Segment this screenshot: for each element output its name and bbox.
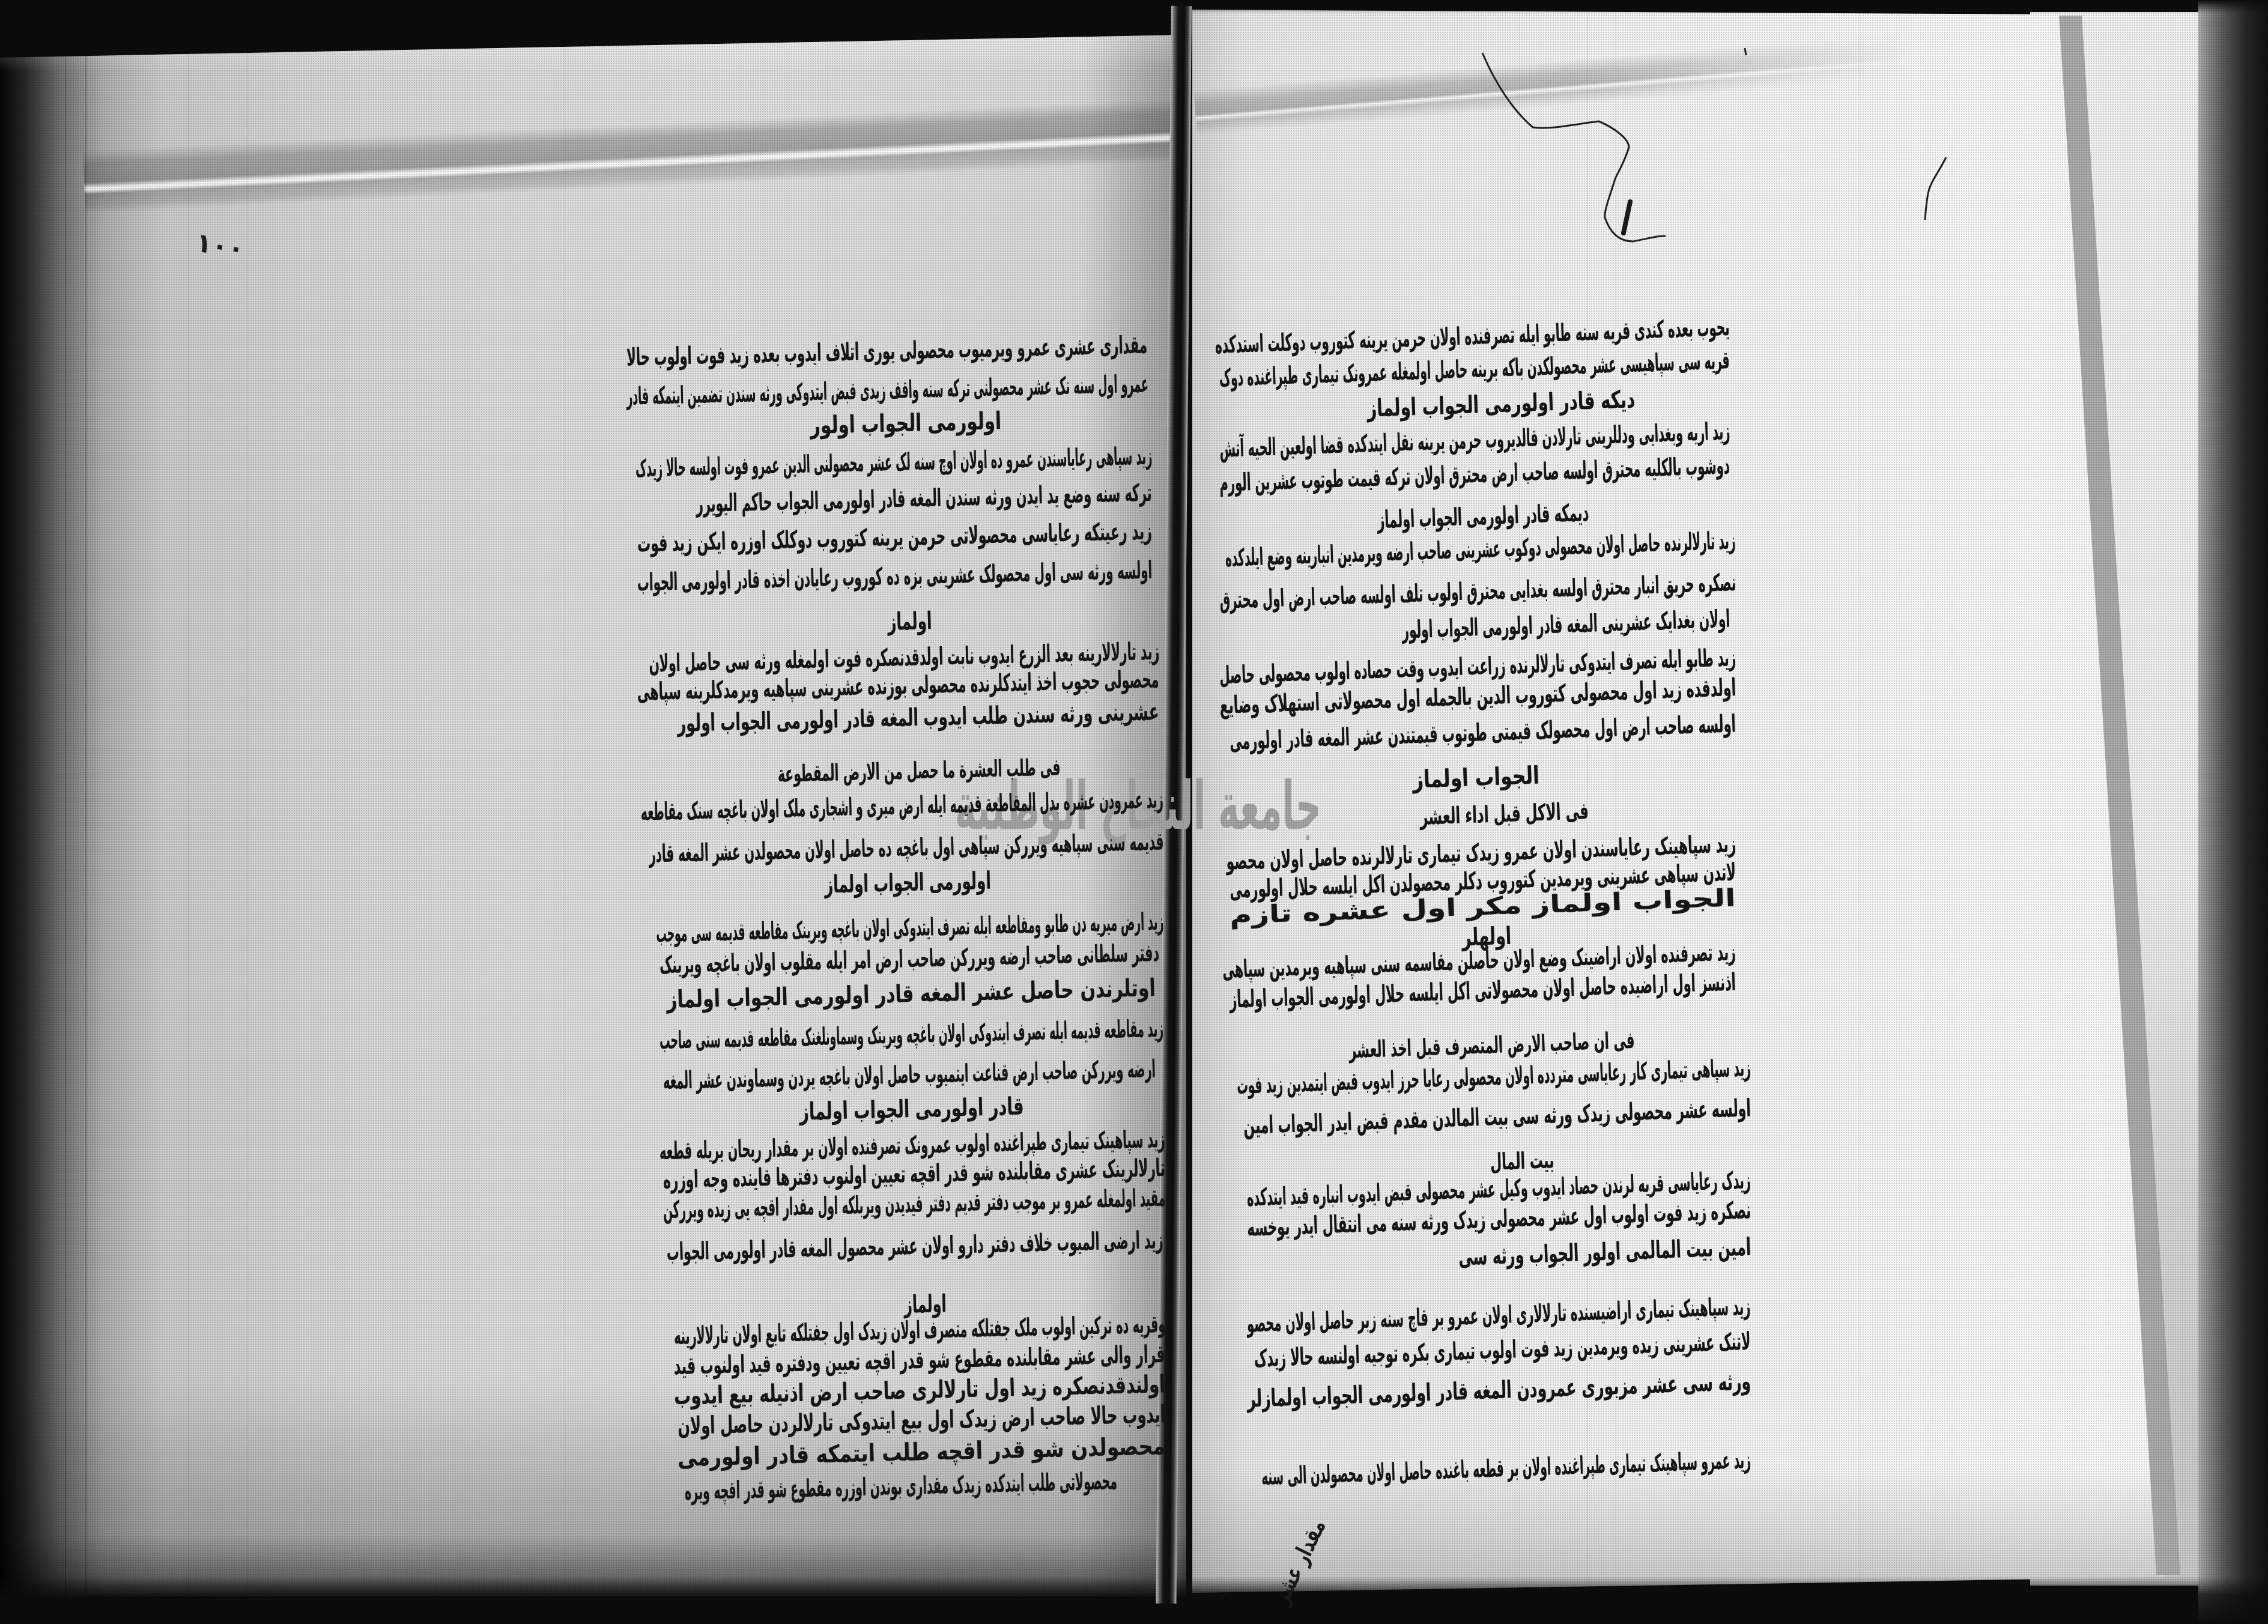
page-number: ١٠٠ [193, 226, 246, 267]
section-heading: فی الاکل قبل اداء العشر [1419, 793, 1589, 835]
scan-border-bottom [0, 1577, 2268, 1624]
scan-border-top [0, 0, 2268, 13]
scan-border-right [2198, 0, 2268, 1624]
line-text: فی الاکل قبل اداء العشر [1419, 793, 1589, 835]
answer-line: الجواب اولماز [1412, 757, 1540, 798]
line-text: الجواب اولماز [1412, 757, 1540, 798]
scan-streak [1860, 0, 1860, 1624]
